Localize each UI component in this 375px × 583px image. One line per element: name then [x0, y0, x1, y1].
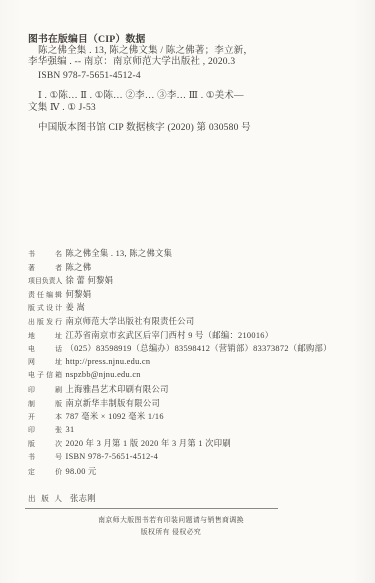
info-row-label: 书号 — [28, 451, 62, 461]
info-row-label: 地址 — [28, 330, 62, 340]
info-row-label: 版式设计 — [28, 302, 62, 312]
cip-description-line1: 陈之佛全集 . 13, 陈之佛文集 / 陈之佛著；李立新， — [28, 46, 347, 58]
exchange-notice: 南京师大版图书若有印装问题请与销售商调换 — [25, 515, 317, 527]
info-row-value: 31 — [66, 425, 75, 434]
info-row: 责任编辑 何黎娟 — [28, 288, 367, 302]
info-row-value: 徐 蕾 何黎娟 — [66, 274, 114, 286]
info-row-label: 版次 — [28, 438, 62, 448]
colophon-page: 图书在版编目（CIP）数据 陈之佛全集 . 13, 陈之佛文集 / 陈之佛著；李… — [0, 0, 375, 583]
info-row-value: （025）83598919（总编办）83598412（营销部）83373872（… — [66, 342, 332, 354]
footer-notices: 南京师大版图书若有印装问题请与销售商调换 版权所有 侵权必究 — [25, 515, 317, 538]
info-row: 电子信箱 nspzbb@njnu.edu.cn — [28, 369, 367, 383]
info-row: 版式设计 姜 嵩 — [28, 301, 367, 315]
cip-block: 图书在版编目（CIP）数据 陈之佛全集 . 13, 陈之佛文集 / 陈之佛著；李… — [28, 34, 347, 135]
info-row-value: 2020 年 3 月第 1 版 2020 年 3 月第 1 次印刷 — [66, 437, 231, 449]
publisher-row: 出版人 张志刚 — [28, 492, 96, 504]
info-row-label: 出版发行 — [28, 316, 62, 326]
info-row-label: 电子信箱 — [28, 369, 62, 379]
info-row-value: 787 毫米 × 1092 毫米 1/16 — [66, 410, 164, 422]
info-row: 印张 31 — [28, 424, 367, 438]
publisher-label: 出版人 — [28, 493, 62, 504]
info-row-value: 何黎娟 — [66, 288, 92, 300]
info-row: 书名 陈之佛全集 . 13, 陈之佛文集 — [28, 247, 367, 261]
info-row-value: nspzbb@njnu.edu.cn — [66, 370, 141, 379]
info-row: 著者 陈之佛 — [28, 261, 367, 275]
info-row-value: 南京师范大学出版社有限责任公司 — [66, 315, 195, 327]
cip-classification-line2: 文集 Ⅳ . ① J-53 — [28, 103, 347, 115]
info-row-label: 责任编辑 — [28, 289, 62, 299]
info-row-value: 陈之佛全集 . 13, 陈之佛文集 — [66, 247, 173, 259]
info-row-label: 电话 — [28, 343, 62, 353]
info-row-label: 定价 — [28, 466, 62, 476]
info-row-label: 网址 — [28, 356, 62, 366]
info-row-label: 项目负责人 — [28, 275, 62, 285]
info-row-value: 南京新华丰制版有限公司 — [66, 397, 161, 409]
info-row: 定价 98.00 元 — [28, 465, 367, 479]
info-row-label: 制版 — [28, 398, 62, 408]
info-row-label: 书名 — [28, 248, 62, 258]
info-row: 制版 南京新华丰制版有限公司 — [28, 397, 367, 411]
info-row: 网址 http://press.njnu.edu.cn — [28, 356, 367, 370]
copyright-notice: 版权所有 侵权必究 — [25, 527, 317, 539]
cip-classification-line1: Ⅰ . ①陈… Ⅱ . ①陈… ②李… ③李… Ⅲ . ①美术— — [28, 91, 347, 103]
book-info-list: 书名 陈之佛全集 . 13, 陈之佛文集 著者 陈之佛 项目负责人 徐 蕾 何黎… — [28, 247, 367, 478]
info-row: 印刷 上海雅昌艺术印刷有限公司 — [28, 383, 367, 397]
info-row: 开本 787 毫米 × 1092 毫米 1/16 — [28, 410, 367, 424]
info-row: 版次 2020 年 3 月第 1 版 2020 年 3 月第 1 次印刷 — [28, 437, 367, 451]
info-row-value: 江苏省南京市玄武区后宰门西村 9 号（邮编：210016） — [66, 329, 274, 341]
info-row: 地址 江苏省南京市玄武区后宰门西村 9 号（邮编：210016） — [28, 329, 367, 343]
info-row: 书号 ISBN 978-7-5651-4512-4 — [28, 451, 367, 465]
info-row-label: 著者 — [28, 262, 62, 272]
info-row: 项目负责人 徐 蕾 何黎娟 — [28, 274, 367, 288]
footer-divider — [25, 508, 278, 509]
info-row-value: 上海雅昌艺术印刷有限公司 — [66, 383, 169, 395]
cip-record-number: 中国版本图书馆 CIP 数据核字 (2020) 第 030580 号 — [28, 123, 347, 135]
info-row-value: 陈之佛 — [66, 261, 92, 273]
info-row-value: 98.00 元 — [66, 465, 97, 477]
info-row-value: http://press.njnu.edu.cn — [66, 357, 151, 366]
publisher-name: 张志刚 — [70, 492, 96, 504]
info-row: 电话 （025）83598919（总编办）83598412（营销部）833738… — [28, 342, 367, 356]
info-row-label: 开本 — [28, 411, 62, 421]
cip-title: 图书在版编目（CIP）数据 — [28, 34, 347, 46]
info-row-label: 印刷 — [28, 384, 62, 394]
cip-isbn: ISBN 978-7-5651-4512-4 — [28, 71, 347, 83]
info-row-value: 姜 嵩 — [66, 301, 86, 313]
info-row-value: ISBN 978-7-5651-4512-4 — [66, 452, 159, 461]
cip-description-line2: 李华强编 . -- 南京：南京师范大学出版社 , 2020.3 — [28, 57, 347, 69]
info-row-label: 印张 — [28, 424, 62, 434]
info-row: 出版发行 南京师范大学出版社有限责任公司 — [28, 315, 367, 329]
